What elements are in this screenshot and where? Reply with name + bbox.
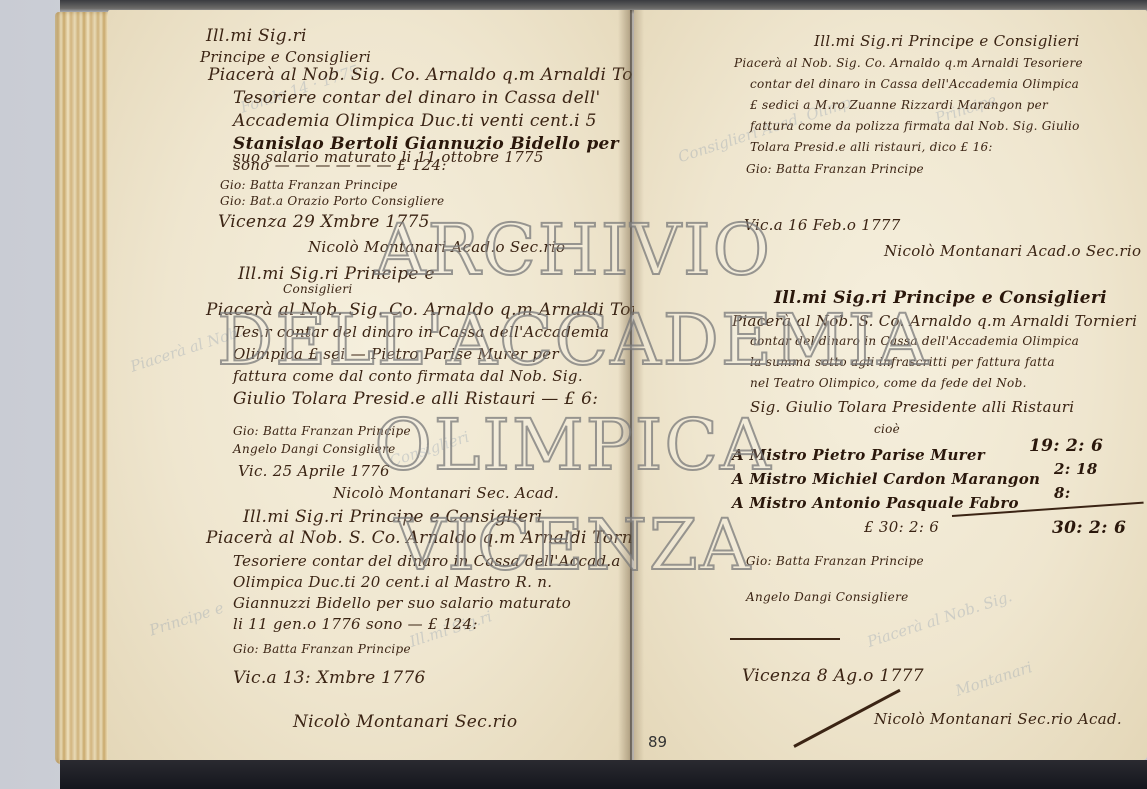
amount-line: Tolara Presid.e alli ristauri, dico £ 16… bbox=[750, 140, 993, 154]
body-line: Piacerà al Nob. Sig. Co. Arnaldo q.m Arn… bbox=[208, 65, 683, 85]
right-page: Consiglieri Acad. Olimp. Principe Piacer… bbox=[634, 10, 1147, 760]
signature-principe: Gio: Batta Franzan Principe bbox=[220, 178, 398, 192]
signature-rule bbox=[730, 638, 840, 640]
body-line: fattura come da polizza firmata dal Nob.… bbox=[750, 119, 1080, 133]
body-line: Accademia Olimpica Duc.ti venti cent.i 5 bbox=[233, 111, 597, 131]
secretary-signature: Nicolò Montanari Sec. Acad. bbox=[333, 484, 559, 502]
watermark-line: VICENZA bbox=[0, 510, 1147, 580]
secretary-signature: Nicolò Montanari Sec.rio Acad. bbox=[874, 710, 1122, 728]
bleed-through-text: Montanari bbox=[953, 658, 1034, 700]
bottom-shadow bbox=[60, 760, 1147, 789]
amount-line: sono — — — — — — £ 124: bbox=[233, 156, 447, 174]
salutation-line-2: Principe e Consiglieri bbox=[200, 48, 371, 66]
body-line: contar del dinaro in Cassa dell'Accademi… bbox=[750, 77, 1079, 91]
page-edges bbox=[55, 12, 115, 764]
salutation: Ill.mi Sig.ri Principe e Consiglieri bbox=[814, 32, 1080, 50]
body-line: Giannuzzi Bidello per suo salario matura… bbox=[233, 594, 571, 612]
payment-amount: 8: bbox=[1054, 484, 1071, 502]
signature-principe: Gio: Batta Franzan Principe bbox=[233, 642, 411, 656]
watermark-line: OLIMPICA bbox=[0, 410, 1147, 480]
watermark-line: ARCHIVIO bbox=[0, 215, 1147, 285]
page-number: 89 bbox=[648, 733, 667, 751]
entry-date: Vicenza 8 Ag.o 1777 bbox=[742, 666, 924, 686]
secretary-signature: Nicolò Montanari Sec.rio bbox=[293, 712, 517, 732]
signature-consigliere: Gio: Bat.a Orazio Porto Consigliere bbox=[220, 194, 444, 208]
book-gutter bbox=[618, 10, 644, 765]
bleed-through-text: Principe e bbox=[147, 599, 226, 640]
manuscript-spread: Fondo 14 · 1775 Piacerà al Nob. Consigli… bbox=[0, 0, 1147, 789]
body-line: £ sedici a M.ro Zuanne Rizzardi Marangon… bbox=[750, 98, 1048, 112]
amount-line: li 11 gen.o 1776 sono — £ 124: bbox=[233, 615, 478, 633]
body-line: Piacerà al Nob. Sig. Co. Arnaldo q.m Arn… bbox=[734, 56, 1083, 70]
watermark-line: DELL'ACCADEMIA bbox=[0, 305, 1147, 375]
left-page: Fondo 14 · 1775 Piacerà al Nob. Consigli… bbox=[108, 10, 630, 765]
entry-date: Vic.a 13: Xmbre 1776 bbox=[233, 668, 426, 688]
body-line: Tesoriere contar del dinaro in Cassa del… bbox=[233, 88, 600, 108]
salutation: Ill.mi Sig.ri bbox=[206, 26, 307, 46]
signature-consigliere: Angelo Dangi Consigliere bbox=[746, 590, 909, 604]
signature-principe: Gio: Batta Franzan Principe bbox=[746, 162, 924, 176]
